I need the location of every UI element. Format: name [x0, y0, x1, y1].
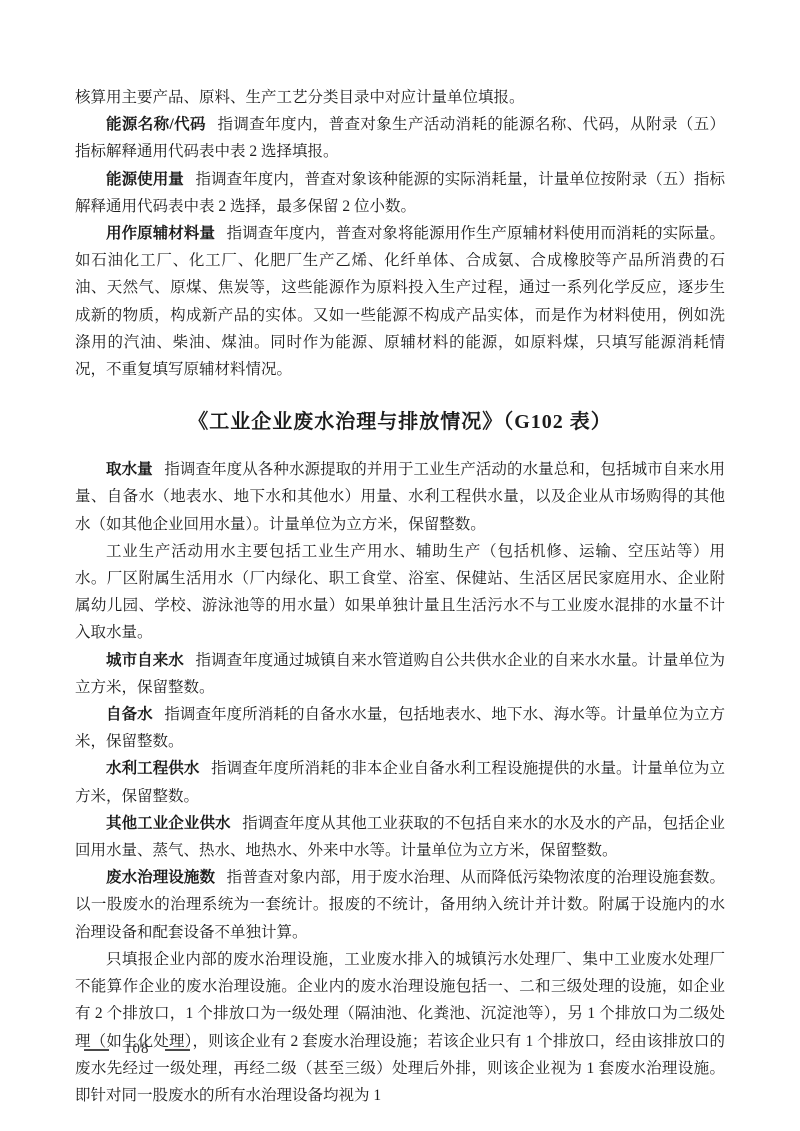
paragraph: 城市自来水指调查年度通过城镇自来水管道购自公共供水企业的自来水水量。计量单位为立…: [75, 647, 725, 701]
term-label: 用作原辅材料量: [106, 225, 227, 242]
paragraph: 能源使用量指调查年度内，普查对象该种能源的实际消耗量，计量单位按附录（五）指标解…: [75, 166, 725, 220]
page-content: 核算用主要产品、原料、生产工艺分类目录中对应计量单位填报。 能源名称/代码指调查…: [75, 84, 725, 1109]
paragraph: 工业生产活动用水主要包括工业生产用水、辅助生产（包括机修、运输、空压站等）用水。…: [75, 538, 725, 647]
page-footer: 108: [84, 1041, 190, 1058]
term-label: 能源使用量: [106, 171, 196, 188]
term-label: 取水量: [106, 461, 164, 478]
paragraph: 取水量指调查年度从各种水源提取的并用于工业生产活动的水量总和，包括城市自来水用量…: [75, 456, 725, 538]
paragraph-text: 指调查年度内，普查对象将能源用作生产原辅材料使用而消耗的实际量。如石油化工厂、化…: [75, 225, 725, 378]
term-label: 城市自来水: [106, 652, 196, 669]
page-number: 108: [124, 1041, 150, 1058]
paragraph-text: 工业生产活动用水主要包括工业生产用水、辅助生产（包括机修、运输、空压站等）用水。…: [75, 543, 725, 642]
paragraph: 能源名称/代码指调查年度内，普查对象生产活动消耗的能源名称、代码，从附录（五）指…: [75, 111, 725, 165]
paragraph: 核算用主要产品、原料、生产工艺分类目录中对应计量单位填报。: [75, 84, 725, 111]
paragraph-text: 指调查年度所消耗的自备水水量，包括地表水、地下水、海水等。计量单位为立方米，保留…: [75, 706, 725, 750]
term-label: 能源名称/代码: [106, 116, 218, 133]
term-label: 其他工业企业供水: [106, 815, 242, 832]
paragraph: 水利工程供水指调查年度所消耗的非本企业自备水利工程设施提供的水量。计量单位为立方…: [75, 755, 725, 809]
term-label: 水利工程供水: [106, 760, 211, 777]
paragraph-text: 核算用主要产品、原料、生产工艺分类目录中对应计量单位填报。: [75, 89, 525, 106]
paragraph: 其他工业企业供水指调查年度从其他工业获取的不包括自来水的水及水的产品，包括企业回…: [75, 810, 725, 864]
paragraph: 自备水指调查年度所消耗的自备水水量，包括地表水、地下水、海水等。计量单位为立方米…: [75, 701, 725, 755]
paragraph: 只填报企业内部的废水治理设施，工业废水排入的城镇污水处理厂、集中工业废水处理厂不…: [75, 946, 725, 1109]
paragraph: 用作原辅材料量指调查年度内，普查对象将能源用作生产原辅材料使用而消耗的实际量。如…: [75, 220, 725, 383]
paragraph-text: 只填报企业内部的废水治理设施，工业废水排入的城镇污水处理厂、集中工业废水处理厂不…: [75, 951, 725, 1104]
footer-dash-left: [84, 1049, 109, 1051]
document-page: 核算用主要产品、原料、生产工艺分类目录中对应计量单位填报。 能源名称/代码指调查…: [0, 0, 800, 1131]
footer-dash-right: [165, 1049, 190, 1051]
term-label: 废水治理设施数: [106, 869, 227, 886]
section-heading: 《工业企业废水治理与排放情况》（G102 表）: [75, 407, 725, 437]
paragraph-text: 指调查年度从各种水源提取的并用于工业生产活动的水量总和，包括城市自来水用量、自备…: [75, 461, 725, 532]
term-label: 自备水: [106, 706, 164, 723]
paragraph: 废水治理设施数指普查对象内部，用于废水治理、从而降低污染物浓度的治理设施套数。以…: [75, 864, 725, 946]
